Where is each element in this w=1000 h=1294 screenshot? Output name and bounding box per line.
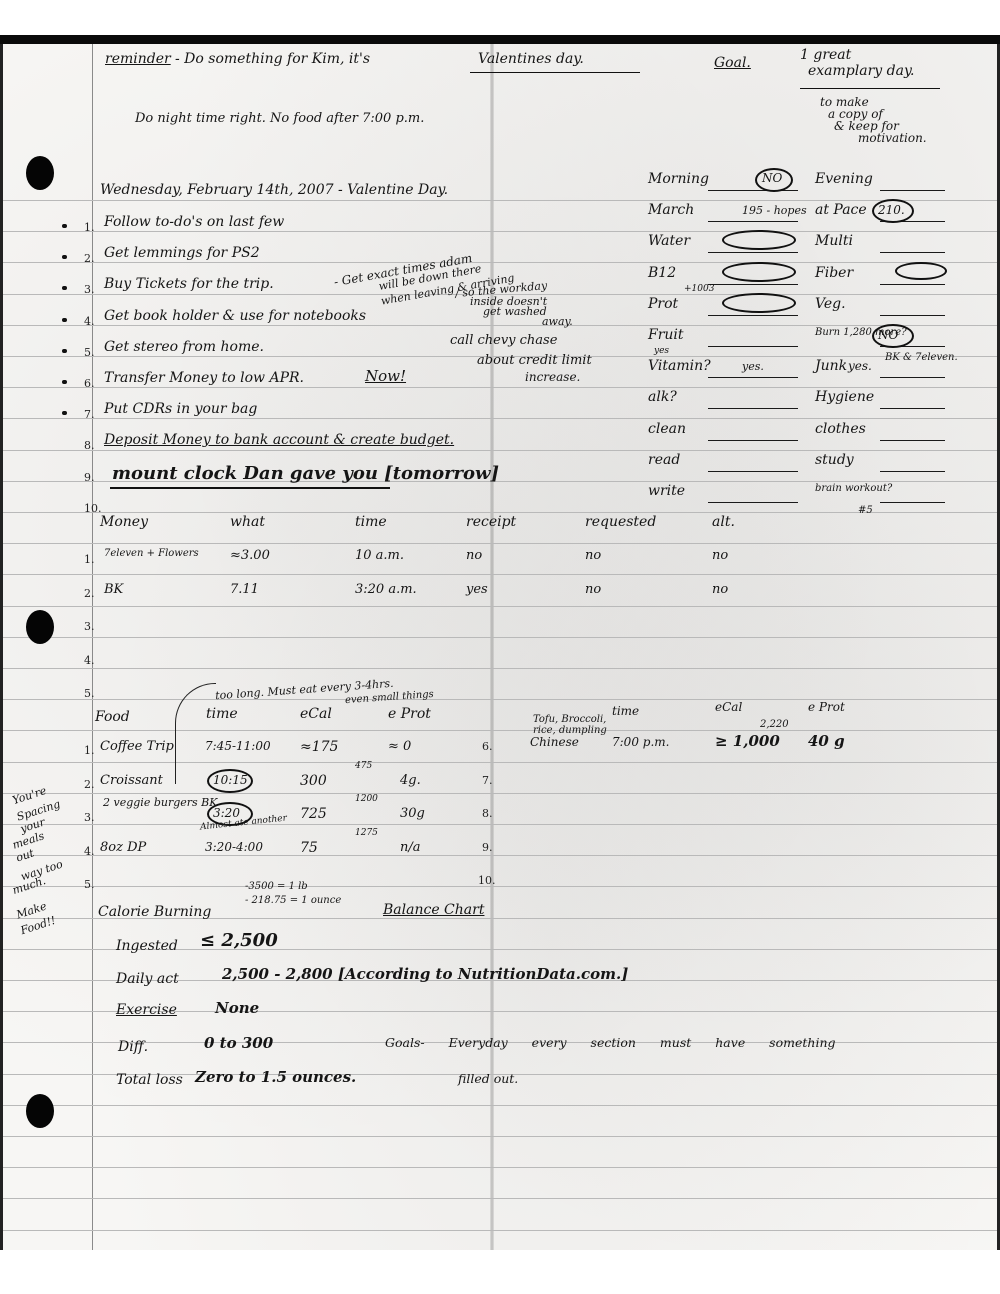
ruled-line (3, 450, 997, 451)
row-number: 2. (84, 778, 95, 791)
ruled-line (3, 855, 997, 856)
food-item: Coffee Trip (100, 740, 174, 753)
calc-1: -3500 = 1 lb (245, 882, 308, 892)
checklist-blank (880, 471, 945, 472)
money-cell: no (466, 549, 482, 562)
diff-label: Diff. (118, 1040, 148, 1054)
checklist-value: 210. (878, 204, 905, 216)
money-note-1: call chevy chase (450, 334, 557, 347)
goals-line-1: Goals- Everyday every section must have … (385, 1037, 836, 1050)
checklist-blank (880, 252, 945, 253)
checklist-blank (880, 502, 945, 503)
checklist-sup: yes (654, 347, 669, 356)
todo-item: mount clock Dan gave you [tomorrow] (112, 465, 499, 483)
money-header: alt. (712, 515, 735, 529)
checklist-blank (880, 190, 945, 191)
food-cal: ≥ 1,000 (715, 734, 780, 749)
checklist-label: Prot (648, 297, 678, 311)
todo-number: 5. (84, 346, 95, 359)
todo-item: Buy Tickets for the trip. (104, 277, 274, 291)
ruled-line (3, 730, 997, 731)
row-number: 4. (84, 654, 95, 667)
scan-border (0, 35, 1000, 44)
food-item: 8oz DP (100, 841, 146, 854)
money-header: receipt (466, 515, 516, 529)
money-header: Money (100, 515, 148, 529)
row-number: 8. (482, 807, 493, 820)
money-cell: 7eleven + Flowers (104, 549, 199, 559)
food-prot: ≈ 0 (388, 740, 411, 753)
food-header: eCal (300, 707, 332, 721)
ruled-line (3, 1230, 997, 1231)
ingested-value: ≤ 2,500 (200, 932, 278, 950)
punch-hole (26, 1094, 54, 1128)
exercise-value: None (215, 1001, 259, 1016)
punch-hole (26, 610, 54, 644)
ruled-line (3, 762, 997, 763)
ruled-line (3, 793, 997, 794)
todo-item: Transfer Money to low APR. (104, 371, 304, 385)
checklist-value: yes. (742, 361, 764, 372)
checklist-blank (708, 502, 798, 503)
checklist-blank (708, 221, 798, 222)
food-header: time (206, 707, 238, 721)
checklist-blank (880, 408, 945, 409)
checklist-value: NO (878, 329, 898, 341)
todo-number: 1. (84, 221, 95, 234)
checklist-label: Multi (815, 234, 853, 248)
todo-item: Get lemmings for PS2 (104, 246, 260, 260)
ruled-line (3, 886, 997, 887)
todo-number: 10. (84, 502, 102, 515)
food-prot: n/a (400, 841, 421, 854)
daily-label: Daily act (116, 972, 179, 986)
checklist-label: Hygiene (815, 390, 874, 404)
daily-value: 2,500 - 2,800 [According to NutritionDat… (222, 967, 628, 982)
ruled-line (3, 231, 997, 232)
row-number: 6. (482, 740, 493, 753)
ruled-line (3, 1105, 997, 1106)
ruled-line (3, 512, 997, 513)
ruled-line (3, 1167, 997, 1168)
paper-fold (490, 44, 494, 1250)
calorie-title: Calorie Burning (98, 905, 211, 919)
balance-chart-title: Balance Chart (383, 903, 484, 917)
todo-number: 3. (84, 283, 95, 296)
checklist-blank (708, 252, 798, 253)
circle-mark (722, 293, 796, 313)
checklist-label: Evening (815, 172, 873, 186)
checklist-label: Water (648, 234, 690, 248)
money-cell: ≈3.00 (230, 549, 270, 562)
bullet-icon (62, 255, 67, 259)
checklist-blank (708, 190, 798, 191)
food-cal: ≈175 (300, 740, 338, 754)
food-cal: 725 (300, 807, 327, 821)
total-label: Total loss (116, 1073, 183, 1087)
running-total: 1275 (355, 829, 378, 838)
circle-mark (895, 262, 947, 280)
ruled-line (3, 668, 997, 669)
goal-label: Goal. (714, 56, 751, 70)
ruled-line (3, 418, 997, 419)
exercise-label: Exercise (116, 1003, 177, 1017)
food-header: e Prot (808, 701, 845, 713)
circle-mark (722, 262, 796, 282)
underline (110, 487, 390, 489)
running-total: 475 (355, 762, 372, 771)
row-number: 2. (84, 587, 95, 600)
calc-2: - 218.75 = 1 ounce (245, 896, 341, 906)
food-time: 3:20-4:00 (205, 841, 263, 853)
money-cell: no (712, 583, 728, 596)
money-cell: 3:20 a.m. (355, 583, 417, 596)
todo-number: 6. (84, 377, 95, 390)
checklist-label: March (648, 203, 694, 217)
checklist-sup: +1003 (684, 285, 714, 294)
bullet-icon (62, 380, 67, 384)
food-cal: 75 (300, 841, 318, 855)
checklist-label: B12 (648, 266, 676, 280)
checklist-value: 195 - hopes (742, 205, 807, 216)
ruled-line (3, 699, 997, 700)
food-item: Chinese (530, 736, 579, 748)
ruled-line (3, 325, 997, 326)
circle-mark (207, 769, 253, 793)
checklist-label: clean (648, 422, 686, 436)
money-cell: 10 a.m. (355, 549, 404, 562)
checklist-label: Fruit (648, 328, 684, 342)
bullet-icon (62, 224, 67, 228)
goal-sub-4: motivation. (858, 132, 927, 144)
checklist-blank (708, 408, 798, 409)
ruled-line (3, 262, 997, 263)
checklist-blank (708, 346, 798, 347)
checklist-blank (880, 315, 945, 316)
goal-text-2: examplary day. (808, 64, 914, 78)
checklist-value: NO (762, 172, 782, 184)
food-time: 7:45-11:00 (205, 740, 271, 752)
todo-number: 7. (84, 408, 95, 421)
food-header: Food (95, 710, 130, 724)
date-line: Wednesday, February 14th, 2007 - Valenti… (100, 183, 448, 197)
checklist-note: #5 (858, 506, 873, 516)
row-number: 5. (84, 687, 95, 700)
checklist-note: BK & 7eleven. (885, 353, 958, 363)
row-number: 7. (482, 774, 493, 787)
checklist-label: Veg. (815, 297, 846, 311)
todo-item: Deposit Money to bank account & create b… (104, 433, 454, 447)
food-time: 7:00 p.m. (612, 736, 669, 748)
todo-item: Get book holder & use for notebooks (104, 309, 366, 323)
bullet-icon (62, 349, 67, 353)
reminder-emphasis: Valentines day. (478, 52, 584, 66)
ruled-line (3, 606, 997, 607)
todo-number: 4. (84, 315, 95, 328)
food-prot: 4g. (400, 774, 421, 787)
bullet-icon (62, 411, 67, 415)
ruled-line (3, 200, 997, 201)
ruled-line (3, 1198, 997, 1199)
ruled-line (3, 824, 997, 825)
row-number: 5. (84, 878, 95, 891)
todo-item: Get stereo from home. (104, 340, 264, 354)
checklist-blank (708, 471, 798, 472)
ruled-line (3, 1136, 997, 1137)
row-number: 4. (84, 845, 95, 858)
money-header: requested (585, 515, 656, 529)
checklist-blank (880, 440, 945, 441)
todo-number: 9. (84, 471, 95, 484)
night-note: Do night time right. No food after 7:00 … (135, 112, 424, 125)
ruled-line (3, 543, 997, 544)
checklist-label: clothes (815, 422, 866, 436)
circle-mark (722, 230, 796, 250)
row-number: 3. (84, 620, 95, 633)
ruled-line (3, 387, 997, 388)
ruled-line (3, 574, 997, 575)
todo-number: 8. (84, 439, 95, 452)
checklist-label: write (648, 484, 685, 498)
underline (800, 88, 940, 89)
food-prot: 30g (400, 807, 425, 820)
checklist-blank (708, 284, 798, 285)
money-cell: no (585, 583, 601, 596)
goal-text-1: 1 great (800, 48, 851, 62)
row-number: 10. (478, 874, 496, 887)
bullet-icon (62, 318, 67, 322)
ruled-line (3, 637, 997, 638)
running-total: 1200 (355, 795, 378, 804)
diff-value: 0 to 300 (204, 1036, 273, 1051)
checklist-label: brain workout? (815, 484, 892, 494)
underline (470, 72, 640, 73)
checklist-label: Junk (815, 359, 847, 373)
row-number: 1. (84, 553, 95, 566)
money-note-2: about credit limit (477, 354, 592, 367)
food-item: Croissant (100, 774, 163, 787)
punch-hole (26, 156, 54, 190)
row-number: 1. (84, 744, 95, 757)
food-prot: 40 g (808, 734, 845, 749)
checklist-label: alk? (648, 390, 677, 404)
money-cell: no (585, 549, 601, 562)
book-note-4: away. (542, 316, 573, 327)
bullet-icon (62, 286, 67, 290)
checklist-value: yes. (848, 360, 872, 372)
money-cell: yes (466, 583, 488, 596)
todo-item: Put CDRs in your bag (104, 402, 257, 416)
checklist-blank (880, 377, 945, 378)
row-number: 3. (84, 811, 95, 824)
goals-line-2: filled out. (458, 1073, 518, 1086)
todo-emphasis: Now! (365, 369, 406, 384)
row-number: 9. (482, 841, 493, 854)
food-cal: 300 (300, 774, 327, 788)
food-header: eCal (715, 701, 742, 713)
money-header: what (230, 515, 265, 529)
ingested-label: Ingested (116, 939, 178, 953)
todo-number: 2. (84, 252, 95, 265)
checklist-blank (880, 284, 945, 285)
book-note-3: get washed (483, 306, 547, 317)
money-note-3: increase. (525, 371, 580, 383)
todo-item: Follow to-do's on last few (104, 215, 284, 229)
money-header: time (355, 515, 387, 529)
money-cell: no (712, 549, 728, 562)
checklist-label: Morning (648, 172, 709, 186)
food-item: 2 veggie burgers BK (103, 797, 217, 808)
food-note: Tofu, Broccoli, rice, dumpling (533, 714, 623, 736)
checklist-label: study (815, 453, 854, 467)
cal-note: 2,220 (760, 720, 789, 730)
checklist-label: Fiber (815, 266, 853, 280)
checklist-blank (708, 440, 798, 441)
food-header: e Prot (388, 707, 431, 721)
checklist-label: at Pace (815, 203, 867, 217)
total-value: Zero to 1.5 ounces. (195, 1070, 356, 1085)
reminder-label: reminder (105, 52, 171, 66)
checklist-label: read (648, 453, 680, 467)
checklist-label: Vitamin? (648, 359, 711, 373)
money-cell: BK (104, 583, 123, 596)
checklist-blank (708, 315, 798, 316)
reminder-text: - Do something for Kim, it's (175, 52, 370, 66)
checklist-blank (708, 377, 798, 378)
money-cell: 7.11 (230, 583, 259, 596)
